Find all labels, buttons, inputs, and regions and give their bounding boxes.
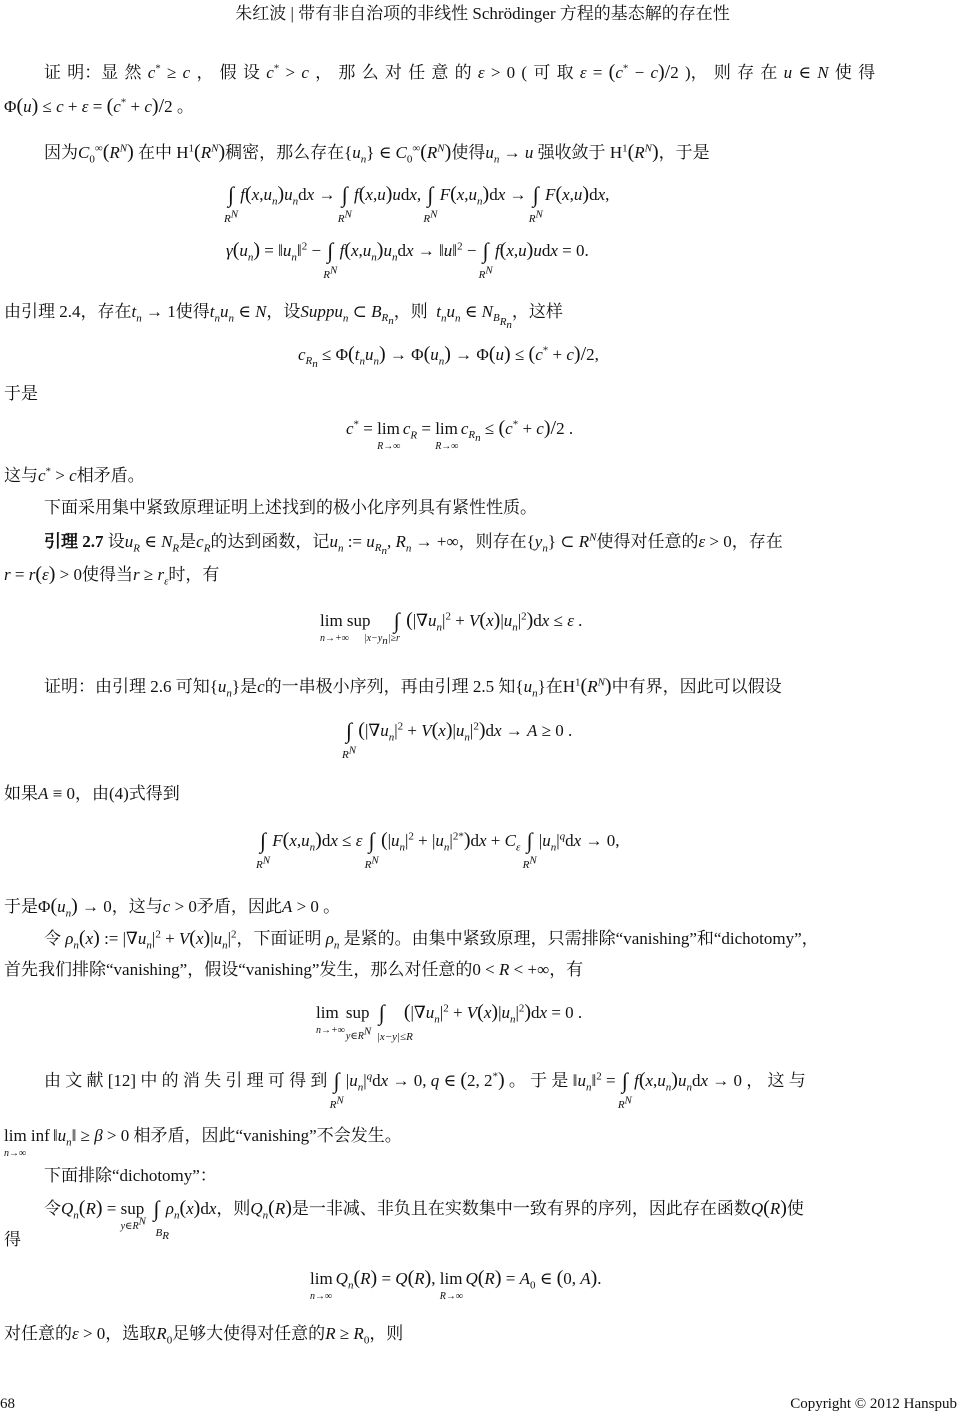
text: ， 那 么 对 任 意 的 [315,63,472,82]
text: 首先我们排除“vanishing”，假设“vanishing”发生，那么对任意的 [4,960,472,979]
text: 是 [179,532,196,551]
text: 中有界，因此可以假设 [612,677,782,696]
text: ，存在 [732,532,783,551]
lemma-2-4-paragraph: 由引理 2.4，存在tn → 1使得tnun ∈ N，设Suppun ⊂ BRn… [4,300,563,325]
text: 是 [240,677,257,696]
text: ，这与 [112,897,163,916]
text: 足够大使得对任意的 [172,1324,325,1343]
concentration-intro: 下面采用集中紧致原理证明上述找到的极小化序列具有紧性性质。 [44,496,537,520]
text: 强收敛于 [538,143,606,162]
text: 因为 [44,143,78,162]
text: 。 [177,97,194,116]
text: 的达到函数，记 [210,532,329,551]
text: ，下面证明 [237,929,322,948]
lemma-label: 引理 2.7 [44,532,104,551]
text: )， 则 存 在 [685,63,777,82]
text: 如果 [4,784,38,803]
text: 这与 [4,466,38,485]
text: 。 于 是 [509,1071,569,1090]
equation-limsup-tail: lim supn→+∞ |x−yn|≥r ∫ (|∇un|2 + V(x)|un… [320,608,582,633]
liminf-line: lim infn→∞‖un‖ ≥ β > 0 相矛盾，因此“vanishing”… [4,1124,402,1148]
text: ，则 [216,1199,250,1218]
dichotomy-heading: 下面排除“dichotomy”： [44,1164,217,1188]
text: ，则 [394,302,428,321]
lemma-2-7: 引理 2.7 设uR ∈ NR是cR的达到函数，记un := uRn, Rn →… [44,530,783,554]
text: ，选取 [105,1324,156,1343]
Q-definition: 令Qn(R) = supy∈RN ∫BR ρn(x)dx，则Qn(R)是一非减、… [44,1196,804,1221]
text: 使 [787,1199,804,1218]
proof-line-2: Φ(u) ≤ c + ε = (c* + c)/2 。 [4,94,194,119]
text: ，有 [549,960,583,979]
text: 证明：由引理 2.6 可知 [44,677,210,696]
vanishing-lemma-line: 由 文 献 [12] 中 的 消 失 引 理 可 得 到 ∫RN |un|qdx… [44,1068,806,1093]
density-paragraph: 因为C0∞(RN) 在中 H1(RN)稠密，那么存在{un} ∈ C0∞(RN)… [44,140,710,165]
text: 在中 [138,143,172,162]
text: ，这样 [512,302,563,321]
text: 相矛盾。 [77,466,145,485]
text: ，则存在 [459,532,527,551]
rho-definition: 令 ρn(x) := |∇un|2 + V(x)|un|2，下面证明 ρn 是紧… [44,926,819,951]
text: 使得当 [82,565,133,584]
vanishing-assumption: 首先我们排除“vanishing”，假设“vanishing”发生，那么对任意的… [4,958,583,982]
text: 使得对任意的 [596,532,698,551]
equation-limit-A: ∫RN (|∇un|2 + V(x)|un|2)dx → A ≥ 0 . [344,718,572,743]
equation-F-estimate: ∫RN F(x,un)dx ≤ ε ∫RN (|un|2 + |un|2*)dx… [258,828,619,853]
running-header: 朱红波 | 带有非自治项的非线性 Schrödinger 方程的基态解的存在性 [0,2,965,26]
text: 的一串极小序列，再由引理 2.5 知 [265,677,516,696]
proof-lemma-2-7: 证明：由引理 2.6 可知{un}是c的一串极小序列，再由引理 2.5 知{un… [44,674,782,699]
equation-energy-chain: cRn ≤ Φ(tnun) → Φ(un) → Φ(u) ≤ (c* + c)/… [298,342,599,367]
text: ， 这 与 [746,1071,806,1090]
choose-R0-line: 对任意的ε > 0，选取R0足够大使得对任意的R ≥ R0，则 [4,1322,403,1346]
proof-line-1: 证 明：显 然 c* ≥ c ， 假 设 c* > c ， 那 么 对 任 意 … [44,60,875,85]
text: 是一非减、非负且在实数集中一致有界的序列，因此存在函数 [292,1199,751,1218]
text: 使得 [451,143,485,162]
equation-vanishing: limn→+∞ supy∈RN ∫|x−y|≤R (|∇un|2 + V(x)|… [316,1000,582,1025]
text: 是紧的。由集中紧致原理，只需排除“vanishing”和“dichotomy”， [344,929,819,948]
text: 稠密，那么存在 [225,143,344,162]
text: 时，有 [168,565,219,584]
text: 对任意的 [4,1324,72,1343]
text: 使 得 [835,63,875,82]
copyright: Copyright © 2012 Hanspub [790,1392,957,1414]
text: 相矛盾，因此“vanishing”不会发生。 [134,1126,402,1145]
text: 令 [44,1199,61,1218]
text: ，则 [369,1324,403,1343]
text: 矛盾，因此 [197,897,282,916]
equation-Q-limit: limn→∞Qn(R) = Q(R), limR→∞Q(R) = A0 ∈ (0… [310,1266,602,1291]
text: ，设 [266,302,300,321]
lemma-2-7-line-2: r = r(ε) > 0使得当r ≥ rε时，有 [4,562,219,587]
if-A-zero: 如果A ≡ 0，由(4)式得到 [4,782,180,806]
text-yushi: 于是 [4,382,38,406]
text: ，于是 [659,143,710,162]
page-number: 68 [0,1392,15,1414]
text: ( 可 取 [521,63,573,82]
text: 使得 [176,302,210,321]
equation-limit-c: c* = limR→∞cR = limR→∞cRn ≤ (c* + c)/2 . [346,416,573,441]
text: 在 [546,677,563,696]
contradiction-line: 这与c* > c相矛盾。 [4,464,145,488]
phi-limit-line: 于是Φ(un) → 0，这与c > 0矛盾，因此A > 0 。 [4,894,340,919]
text: ，由(4)式得到 [75,784,180,803]
equation-convergence: ∫RN f(x,un)undx → ∫RN f(x,u)udx, ∫RN F(x… [226,182,609,207]
text: 由 文 献 [12] 中 的 消 失 引 理 可 得 到 [44,1071,327,1090]
text: 于是 [4,897,38,916]
text: 令 [44,929,61,948]
text: 证 明：显 然 [44,63,142,82]
text: 设 [108,532,125,551]
text: 由引理 2.4，存在 [4,302,132,321]
text: ， 假 设 [196,63,260,82]
text-de: 得 [4,1228,21,1252]
text: 。 [323,897,340,916]
equation-gamma: γ(un) = ‖un‖2 − ∫RN f(x,un)undx → ‖u‖2 −… [226,238,589,263]
